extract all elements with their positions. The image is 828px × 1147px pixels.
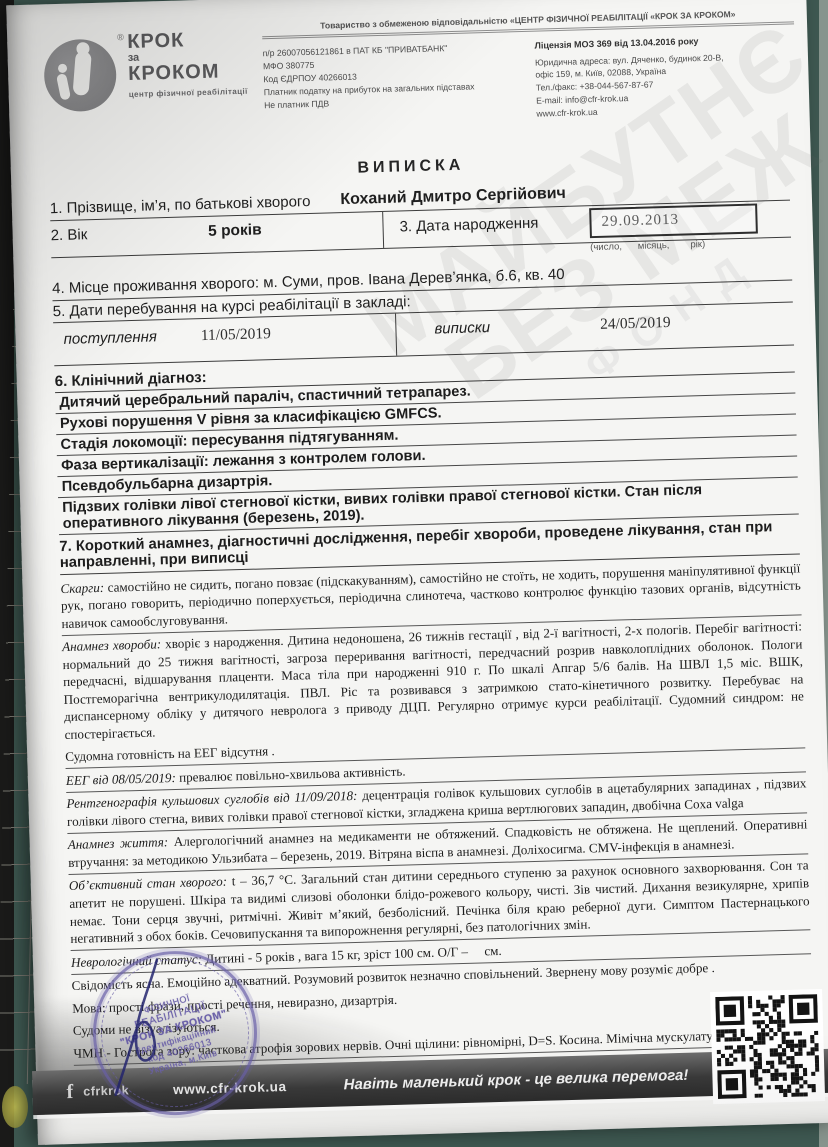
patient-form: 1. Прізвище, ім’я, по батькові хворого К…: [50, 178, 814, 1066]
scanned-document-stage: МАЙБУТНЄ БЕЗ МЕЖ ФОНД ® КРОК за КРОКОМ: [0, 0, 828, 1147]
field-dob-label: 3. Дата народження: [399, 215, 538, 236]
logo-wordmark: КРОК за КРОКОМ центр фізичної реабілітац…: [127, 28, 265, 99]
admission-label: поступлення: [63, 328, 157, 365]
bank-details: п/р 26007056121861 в ПАТ КБ "ПРИВАТБАНК"…: [263, 40, 517, 128]
footer-slogan: Навіть маленький крок - це велика перемо…: [343, 1066, 688, 1093]
discharge-date-value: 24/05/2019: [600, 314, 672, 350]
logo-figures-icon: [43, 38, 117, 112]
dob-caption: (число, місяць, рік): [590, 239, 705, 253]
patient-name-value: Коханий Дмитро Сергійович: [340, 185, 566, 209]
clinic-logo: ® КРОК за КРОКОМ центр фізичної реабіліт…: [43, 28, 265, 101]
logo-tagline: центр фізичної реабілітації: [129, 86, 265, 99]
admission-date-value: 11/05/2019: [201, 325, 272, 361]
desk-artifact: [2, 1086, 28, 1128]
patient-age-value: 5 років: [208, 221, 262, 252]
paragraph-disease-history: Анамнез хвороби: хворіє з народження. Ди…: [62, 615, 805, 746]
document-content: ® КРОК за КРОКОМ центр фізичної реабіліт…: [6, 0, 828, 1067]
field-age-label: 2. Вік: [50, 226, 87, 257]
document-paper: МАЙБУТНЄ БЕЗ МЕЖ ФОНД ® КРОК за КРОКОМ: [6, 0, 828, 1145]
letterhead: ® КРОК за КРОКОМ центр фізичної реабіліт…: [7, 7, 810, 145]
diagnosis-list: Дитячий церебральний параліч, спастичний…: [55, 373, 799, 536]
dob-value-box: 29.09.2013: [589, 204, 758, 239]
registered-mark: ®: [117, 32, 124, 42]
signature-ink: [105, 952, 199, 1104]
facebook-icon: f: [66, 1080, 73, 1103]
contact-details: Ліцензія МОЗ 369 від 13.04.2016 року Юри…: [534, 32, 804, 120]
discharge-label: виписки: [434, 319, 491, 355]
qr-code: [710, 989, 825, 1104]
field-name-label: 1. Прізвище, ім’я, по батькові хворого: [50, 193, 311, 217]
